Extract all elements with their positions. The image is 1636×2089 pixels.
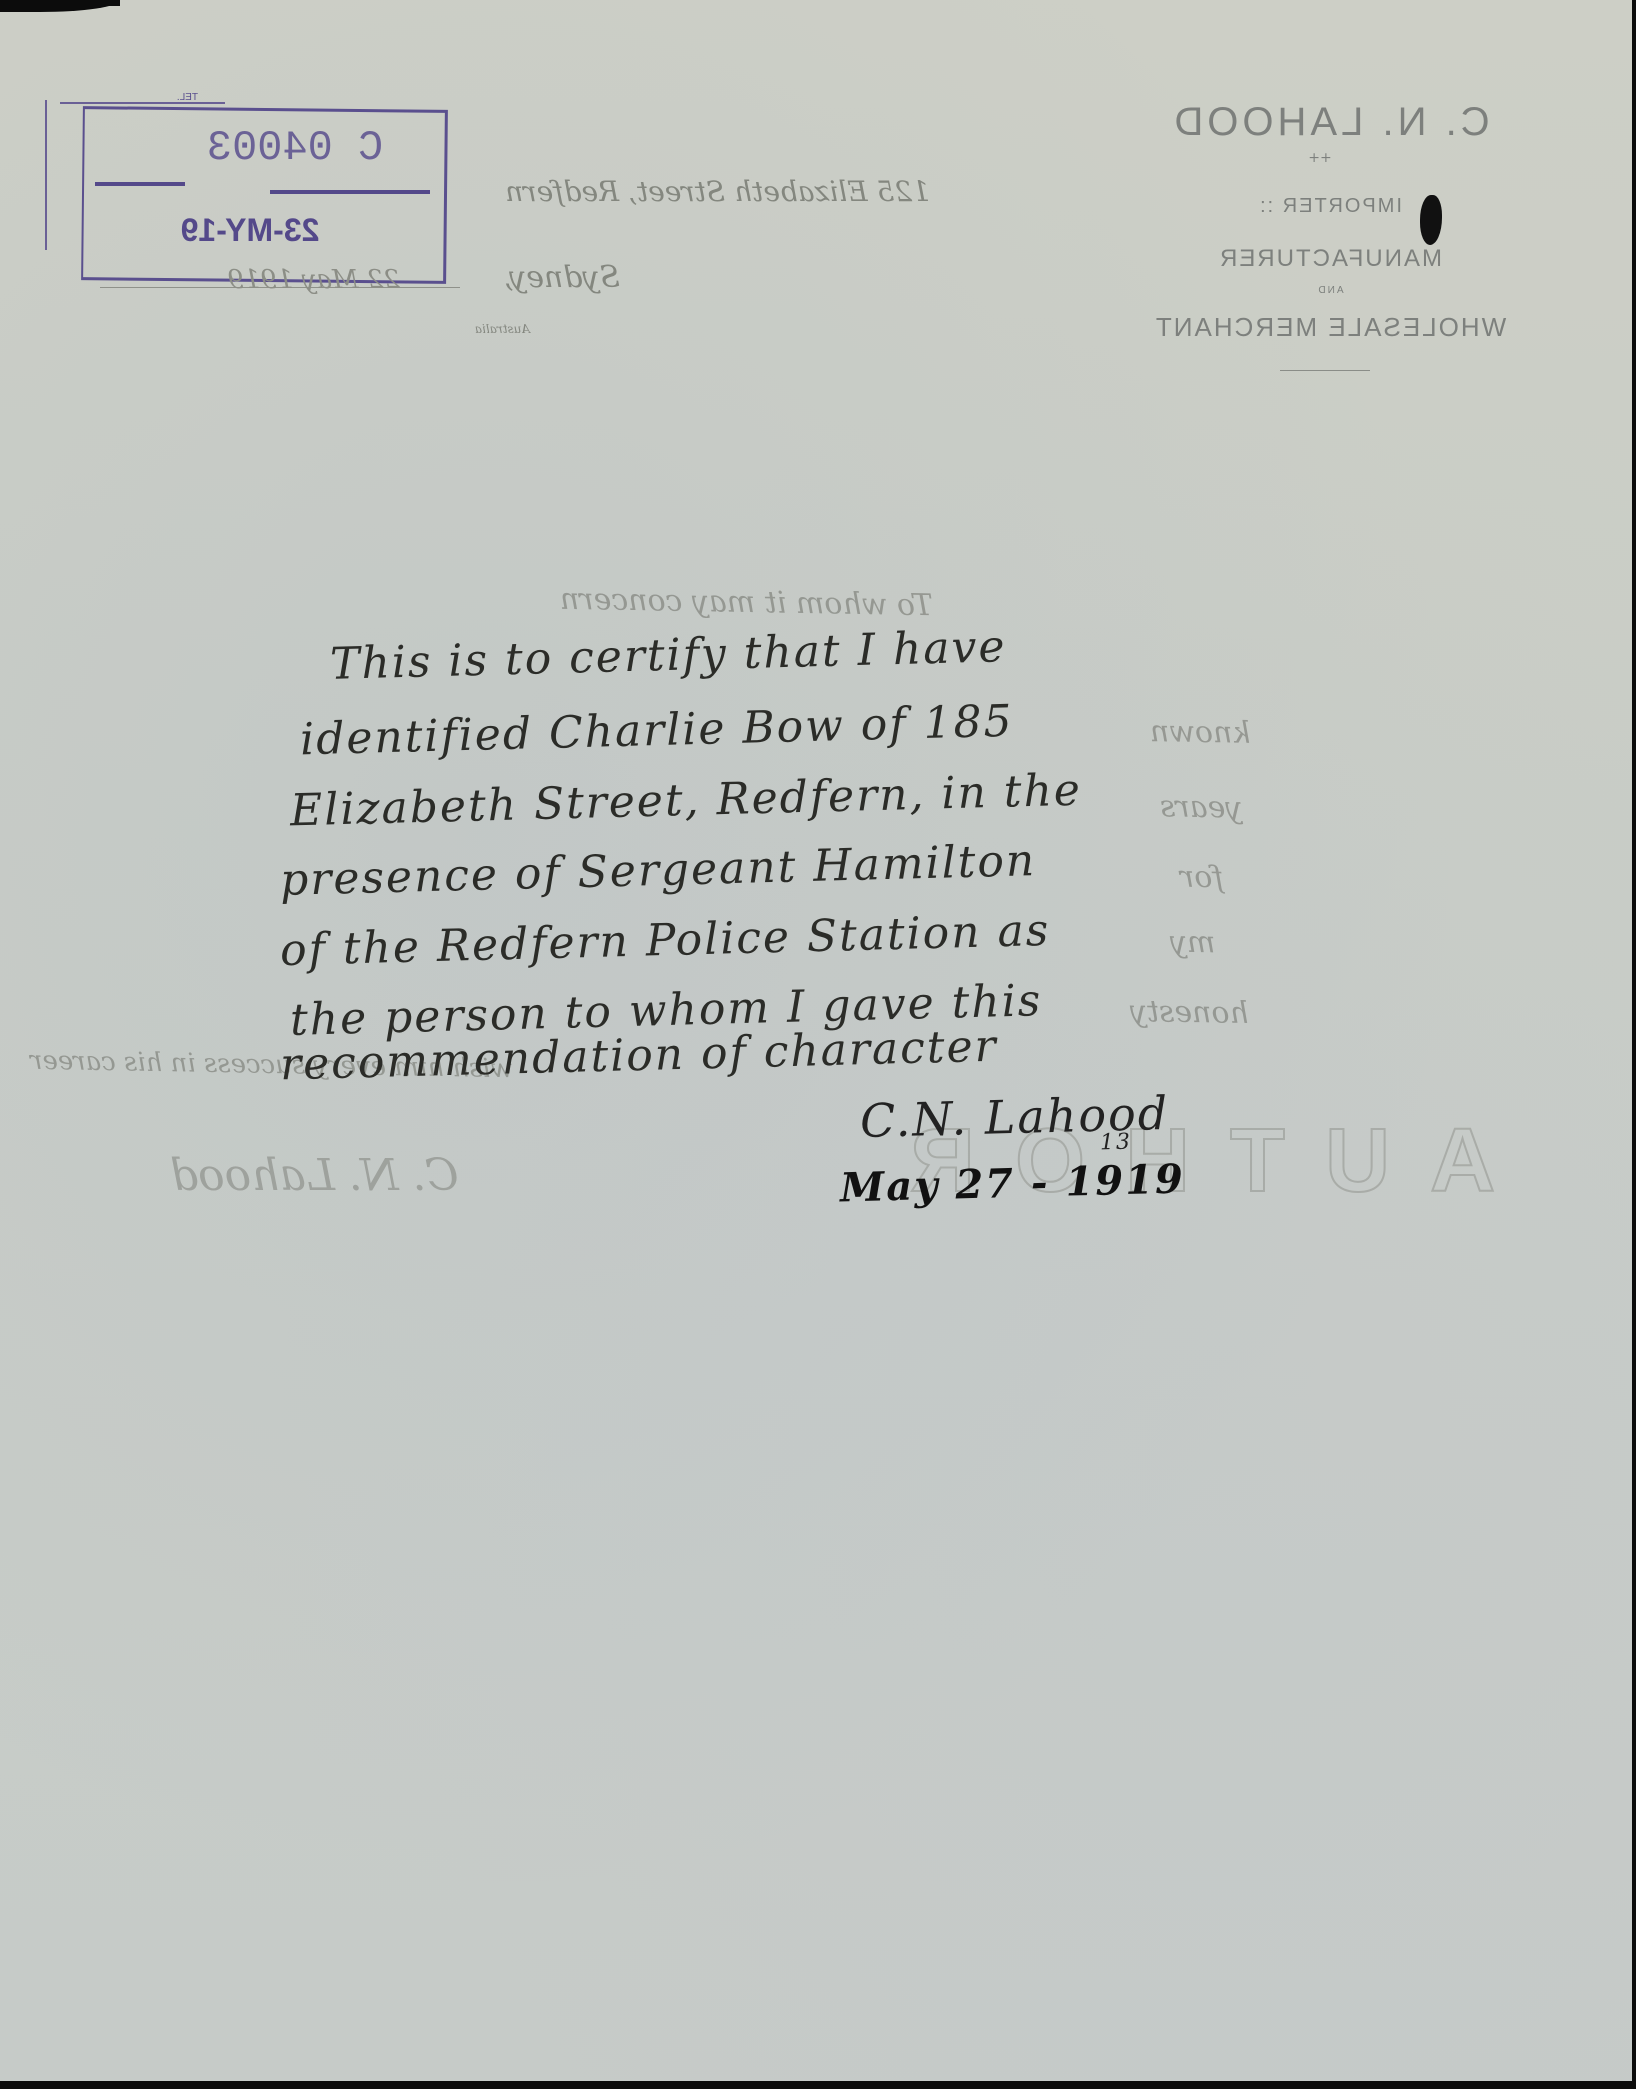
address-street: 125 Elizabeth Street, Redfern bbox=[470, 175, 930, 208]
document-page: TEL. C 04003 23-MY-19 125 Elizabeth Stre… bbox=[0, 0, 1632, 2082]
address-city: Sydney, bbox=[450, 260, 620, 295]
signature-date: May 27 - 1919 bbox=[839, 1155, 1185, 1211]
letterhead-and: AND bbox=[1120, 285, 1540, 296]
bleed-signature: C. N. Lahood bbox=[170, 1150, 459, 1201]
torn-edge bbox=[64, 0, 120, 6]
letterhead-rule bbox=[1280, 370, 1370, 371]
body-line-3: Elizabeth Street, Redfern, in the bbox=[289, 765, 1082, 837]
bleed-salutation: To whom it may concern bbox=[560, 582, 933, 623]
scan-border-right bbox=[1632, 0, 1636, 2089]
letterhead-wholesale-merchant: WHOLESALE MERCHANT bbox=[1120, 312, 1540, 343]
stamp-bar bbox=[270, 190, 430, 194]
letterhead-ornament: ++ bbox=[1300, 150, 1340, 166]
stamp-number: C 04003 bbox=[150, 124, 440, 172]
letterhead-importer: IMPORTER :: bbox=[1120, 195, 1540, 218]
address-country: Australia bbox=[430, 322, 530, 336]
letterhead-manufacturer: MANUFACTURER bbox=[1120, 245, 1540, 273]
stamp-bar bbox=[95, 182, 185, 186]
stamp-tel-rule bbox=[60, 102, 225, 104]
letterhead-name: C. N. LAHOOD bbox=[1130, 100, 1530, 190]
signature-annotation: 13 bbox=[1100, 1130, 1133, 1156]
body-line-1: This is to certify that I have bbox=[329, 621, 1007, 690]
bleed-line: known bbox=[1150, 714, 1251, 751]
body-line-4: presence of Sergeant Hamilton bbox=[279, 835, 1036, 906]
scan-border-bottom bbox=[0, 2081, 1636, 2089]
stamp-tel-label: TEL. bbox=[168, 92, 198, 103]
body-line-5: of the Redfern Police Station as bbox=[279, 905, 1050, 976]
bleed-line: for bbox=[1180, 860, 1224, 896]
body-line-2: identified Charlie Bow of 185 bbox=[299, 696, 1014, 766]
punch-hole bbox=[1420, 195, 1442, 245]
stamp-date: 23-MY-19 bbox=[150, 212, 350, 249]
letter-date: 22 May 1919 bbox=[60, 265, 400, 295]
stamp-outer-border bbox=[45, 100, 47, 250]
bleed-line: years bbox=[1160, 789, 1243, 825]
bleed-line: honesty bbox=[1130, 994, 1249, 1031]
bleed-line: my bbox=[1170, 925, 1216, 961]
